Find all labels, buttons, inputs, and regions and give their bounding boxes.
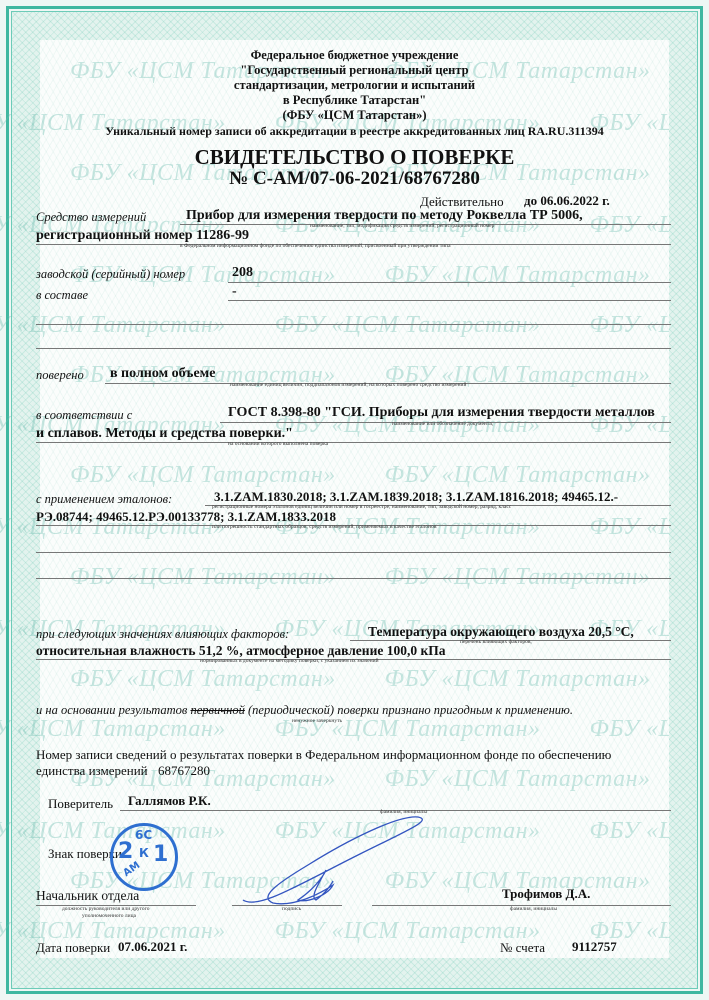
standards-label: с применением эталонов: (36, 492, 172, 507)
head-caption-2: уполномоченного лица (82, 913, 136, 919)
factors-caption-2: нормированных в документе на методику по… (200, 658, 379, 664)
factors-label: при следующих значениях влияющих факторо… (36, 627, 289, 642)
standards-caption-2: или погрешность стандартных образцов, ср… (212, 524, 436, 530)
accordance-value-2: и сплавов. Методы и средства поверки." (36, 426, 293, 442)
watermark-row: ФБУ «ЦСМ Татарстан» ФБУ «ЦСМ Татарстан» … (70, 462, 669, 489)
stamp-left: 2 (118, 839, 133, 864)
standards-value-2: РЭ.08744; 49465.12.РЭ.00133778; 3.1.ZAM.… (36, 509, 336, 525)
accordance-value-1: ГОСТ 8.398-80 "ГСИ. Приборы для измерени… (228, 405, 655, 421)
underline (36, 552, 671, 553)
registry-caption: в Федеральном информационном фонде по об… (180, 243, 451, 249)
underline (228, 300, 671, 301)
accordance-caption-2: на основании которого выполнена поверка (228, 441, 328, 447)
verified-value: в полном объеме (110, 366, 215, 382)
org-name-line-3: стандартизации, метрологии и испытаний (0, 78, 709, 93)
underline (36, 442, 671, 443)
verifier-name: Галлямов Р.К. (128, 793, 211, 809)
watermark-row: ФБУ «ЦСМ Татарстан» ФБУ «ЦСМ Татарстан» … (70, 666, 669, 693)
result-caption: ненужное зачеркнуть (292, 718, 342, 724)
org-name-line-2: "Государственный региональный центр (0, 63, 709, 78)
stamp-top: 6С (135, 828, 152, 842)
org-name-line-1: Федеральное бюджетное учреждение (0, 48, 709, 63)
invoice-number: 9112757 (572, 939, 617, 955)
certificate-title: СВИДЕТЕЛЬСТВО О ПОВЕРКЕ (0, 145, 709, 169)
registry-record-line-1: Номер записи сведений о результатах пове… (36, 747, 611, 763)
instrument-caption: наименование, тип, модификация средств и… (310, 223, 494, 229)
org-name-line-4: в Республике Татарстан" (0, 93, 709, 108)
instrument-label: Средство измерений (36, 210, 146, 225)
org-name-line-5: (ФБУ «ЦСМ Татарстан») (0, 108, 709, 123)
signature-caption: подпись (282, 906, 301, 912)
serial-value: 208 (232, 265, 253, 281)
watermark-row: ФБУ «ЦСМ Татарстан» ФБУ «ЦСМ Татарстан» … (0, 312, 669, 339)
instrument-value-1: Прибор для измерения твердости по методу… (186, 208, 583, 224)
verification-date-label: Дата поверки (36, 940, 110, 956)
stamp-right: 1 (153, 842, 168, 867)
registry-record-value: 68767280 (158, 763, 210, 779)
accordance-label: в соответствии с (36, 408, 132, 423)
result-suffix: (периодической) поверки признано пригодн… (248, 703, 573, 717)
underline (228, 282, 671, 283)
underline (36, 324, 671, 325)
department-head-name: Трофимов Д.А. (502, 886, 590, 902)
serial-label: заводской (серийный) номер (36, 267, 185, 282)
standards-value-1: 3.1.ZAM.1830.2018; 3.1.ZAM.1839.2018; 3.… (214, 489, 618, 505)
factors-value-1: Температура окружающего воздуха 20,5 °С, (368, 624, 634, 640)
head-caption-1: должность руководителя или другого (62, 906, 150, 912)
verification-stamp: 6С 2 К 1 АМ (110, 823, 178, 891)
invoice-label: № счета (500, 940, 545, 956)
accreditation-number: Уникальный номер записи об аккредитации … (0, 124, 709, 139)
valid-until: до 06.06.2022 г. (524, 193, 610, 209)
verifier-label: Поверитель (48, 796, 113, 812)
factors-value-2: относительная влажность 51,2 %, атмосфер… (36, 643, 446, 659)
factors-caption-1: перечень влияющих факторов, (460, 639, 532, 645)
department-head-label: Начальник отдела (36, 888, 139, 904)
verified-caption: наименование единиц величин, поддиапазон… (230, 382, 466, 388)
underline (36, 578, 671, 579)
result-struck: первичной (191, 703, 245, 717)
accordance-caption-1: наименование или обозначение документа, (392, 421, 493, 427)
registry-record-label: единства измерений (36, 763, 148, 779)
underline (36, 348, 671, 349)
signature-icon (238, 815, 438, 910)
composition-label: в составе (36, 288, 88, 303)
result-prefix: и на основании результатов (36, 703, 187, 717)
result-statement: и на основании результатов первичной (пе… (36, 703, 573, 718)
stamp-mid: К (139, 846, 149, 860)
instrument-value-2: регистрационный номер 11286-99 (36, 228, 249, 244)
certificate-number: № С-АМ/07-06-2021/68767280 (0, 167, 709, 191)
verification-date: 07.06.2021 г. (118, 939, 187, 955)
head-name-caption: фамилия, инициалы (510, 906, 557, 912)
verified-label: поверено (36, 368, 84, 383)
composition-value: - (232, 284, 237, 300)
